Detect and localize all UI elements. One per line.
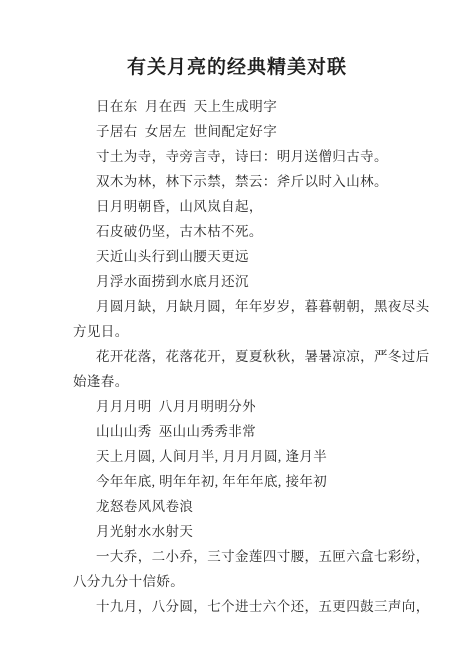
text-line: 山山山秀 巫山山秀秀非常 (73, 419, 444, 444)
text-line: 龙怒卷风风卷浪 (73, 494, 444, 519)
text-line: 始逢春。 (73, 369, 444, 394)
text-line: 花开花落，花落花开，夏夏秋秋，暑暑凉凉，严冬过后 (73, 344, 444, 369)
text-line: 双木为林，林下示禁，禁云：斧斤以时入山林。 (73, 169, 444, 194)
document-title: 有关月亮的经典精美对联 (0, 0, 474, 79)
text-line: 天近山头行到山腰天更远 (73, 244, 444, 269)
text-line: 八分九分十信娇。 (73, 569, 444, 594)
text-line: 十九月，八分圆，七个进士六个还，五更四鼓三声向， (73, 594, 444, 619)
text-line: 石皮破仍坚，古木枯不死。 (73, 219, 444, 244)
text-line: 月光射水水射天 (73, 519, 444, 544)
text-line: 寸土为寺，寺旁言寺，诗曰：明月送僧归古寺。 (73, 144, 444, 169)
text-line: 子居右 女居左 世间配定好字 (73, 119, 444, 144)
text-line: 月浮水面捞到水底月还沉 (73, 269, 444, 294)
text-line: 方见日。 (73, 319, 444, 344)
text-line: 日在东 月在西 天上生成明字 (73, 94, 444, 119)
document-page: 有关月亮的经典精美对联 日在东 月在西 天上生成明字 子居右 女居左 世间配定好… (0, 0, 474, 670)
text-line: 今年年底, 明年年初, 年年年底, 接年初 (73, 469, 444, 494)
text-line: 一大乔，二小乔，三寸金莲四寸腰，五匣六盒七彩纷， (73, 544, 444, 569)
text-line: 月月月明 八月月明明分外 (73, 394, 444, 419)
text-line: 天上月圆, 人间月半, 月月月圆, 逢月半 (73, 444, 444, 469)
text-line: 月圆月缺，月缺月圆，年年岁岁，暮暮朝朝，黑夜尽头 (73, 294, 444, 319)
text-line: 日月明朝昏，山风岚自起， (73, 194, 444, 219)
document-body: 日在东 月在西 天上生成明字 子居右 女居左 世间配定好字 寸土为寺，寺旁言寺，… (0, 94, 474, 619)
